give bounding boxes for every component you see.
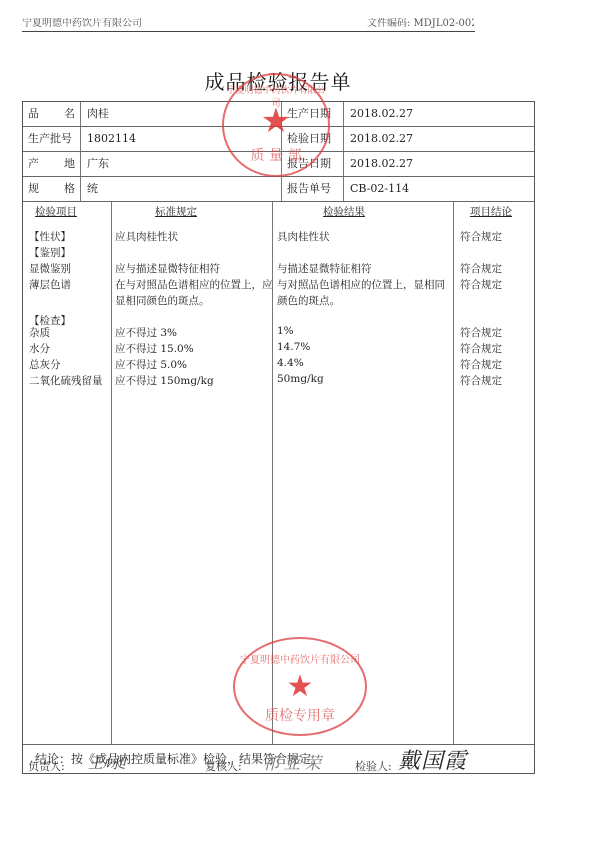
header-standard: 标准规定 [155, 204, 197, 219]
reviewer-label: 复核人: [205, 758, 242, 774]
inspection-standard: 应不得过 3% [115, 325, 177, 340]
inspection-item: 总灰分 [29, 357, 61, 372]
header-result: 检验结果 [323, 204, 365, 219]
info-label: 生产批号 [23, 127, 81, 151]
divider [111, 202, 112, 744]
inspection-conclusion: 符合规定 [460, 277, 502, 292]
info-label-part: 规 [28, 177, 39, 201]
info-label-part: 生产批号 [28, 127, 72, 151]
inspection-result: 50mg/kg [277, 373, 324, 385]
inspection-item: 水分 [29, 341, 50, 356]
responsible-signature: 王ﾙ昶 [88, 752, 126, 773]
inspection-standard: 显相同颜色的斑点。 [115, 293, 210, 308]
info-label-part: 名 [64, 102, 75, 126]
inspector-signature: 戴国霞 [398, 744, 467, 775]
report-table: 品名肉桂生产日期2018.02.27生产批号1802114检验日期2018.02… [22, 101, 535, 774]
info-label: 生产日期 [281, 102, 344, 126]
inspection-conclusion: 符合规定 [460, 373, 502, 388]
info-label-part: 格 [64, 177, 75, 201]
inspection-standard: 应不得过 5.0% [115, 357, 187, 372]
header-item: 检验项目 [35, 204, 77, 219]
info-label: 品名 [23, 102, 81, 126]
inspection-conclusion: 符合规定 [460, 357, 502, 372]
inspection-item: 显微鉴别 [29, 261, 71, 276]
info-value: 2018.02.27 [344, 127, 413, 151]
inspection-result: 与对照品色谱相应的位置上，显相同 [277, 277, 445, 292]
info-label-part: 产 [28, 152, 39, 176]
page-header: 宁夏明德中药饮片有限公司 文件编码: MDJL02-002-02 [22, 18, 474, 30]
info-label-part: 品 [28, 102, 39, 126]
inspection-result: 4.4% [277, 357, 304, 369]
inspection-standard: 应不得过 15.0% [115, 341, 194, 356]
reviewer-signature: 祁亚荣 [262, 749, 325, 774]
info-label-part: 地 [64, 152, 75, 176]
inspection-item: 【性状】 [29, 229, 71, 244]
info-label: 产地 [23, 152, 81, 176]
inspection-conclusion: 符合规定 [460, 325, 502, 340]
inspection-item: 杂质 [29, 325, 50, 340]
header-company: 宁夏明德中药饮片有限公司 [22, 18, 142, 29]
inspection-result: 1% [277, 325, 294, 337]
inspector-label: 检验人: [355, 758, 392, 774]
info-label: 检验日期 [281, 127, 344, 151]
page-title: 成品检验报告单 [0, 66, 548, 95]
inspection-result: 颜色的斑点。 [277, 293, 340, 308]
header-conclusion: 项目结论 [470, 204, 512, 219]
info-label: 规格 [23, 177, 81, 201]
info-value: 1802114 [81, 127, 281, 151]
inspection-result: 14.7% [277, 341, 310, 353]
info-value: 统 [81, 177, 281, 201]
info-value: 肉桂 [81, 102, 281, 126]
info-label: 报告单号 [281, 177, 344, 201]
inspection-standard: 应不得过 150mg/kg [115, 373, 214, 388]
inspection-result: 与描述显微特征相符 [277, 261, 372, 276]
info-row: 产地广东报告日期2018.02.27 [23, 152, 534, 177]
inspection-conclusion: 符合规定 [460, 229, 502, 244]
inspection-standard: 应与描述显微特征相符 [115, 261, 220, 276]
inspection-item: 二氧化硫残留量 [29, 373, 103, 388]
info-value: CB-02-114 [344, 177, 409, 201]
inspection-conclusion: 符合规定 [460, 261, 502, 276]
header-rule [22, 31, 475, 32]
info-value: 2018.02.27 [344, 152, 413, 176]
inspection-section: 检验项目 标准规定 检验结果 项目结论 【性状】应具肉桂性状具肉桂性状符合规定【… [23, 202, 534, 745]
info-value: 广东 [81, 152, 281, 176]
info-label: 报告日期 [281, 152, 344, 176]
info-value: 2018.02.27 [344, 102, 413, 126]
inspection-result: 具肉桂性状 [277, 229, 330, 244]
header-doc-code: 文件编码: MDJL02-002-02 [367, 18, 474, 29]
inspection-conclusion: 符合规定 [460, 341, 502, 356]
divider [453, 202, 454, 744]
inspection-item: 薄层色谱 [29, 277, 71, 292]
info-row: 规格统报告单号CB-02-114 [23, 177, 534, 202]
info-row: 生产批号1802114检验日期2018.02.27 [23, 127, 534, 152]
inspection-item: 【鉴别】 [29, 245, 71, 260]
info-row: 品名肉桂生产日期2018.02.27 [23, 102, 534, 127]
inspection-standard: 在与对照品色谱相应的位置上，应 [115, 277, 273, 292]
inspection-standard: 应具肉桂性状 [115, 229, 178, 244]
responsible-label: 负责人: [28, 758, 65, 774]
